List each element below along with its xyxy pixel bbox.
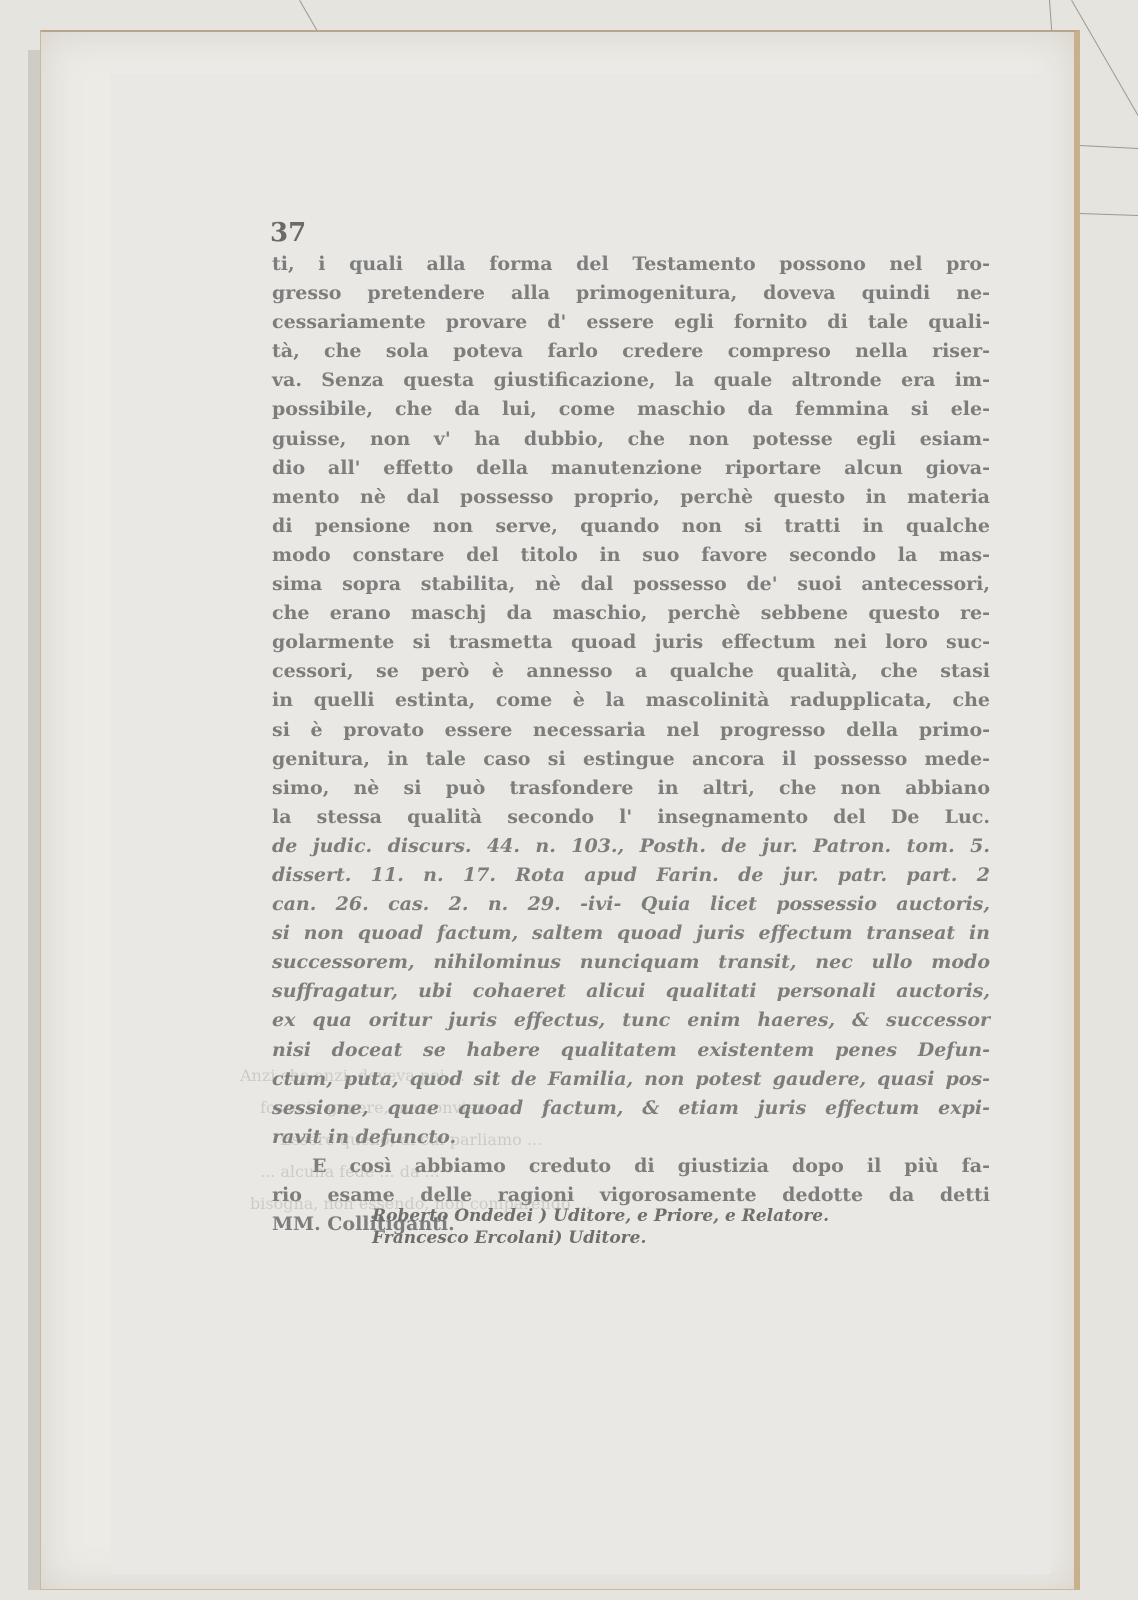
text-line: tà, che sola poteva farlo credere compre… (272, 337, 990, 366)
page-number: 37 (270, 218, 306, 248)
text-line: cessori, se però è annesso a qualche qua… (272, 657, 990, 686)
text-line: ti, i quali alla forma del Testamento po… (272, 250, 990, 279)
text-line: dissert. 11. n. 17. Rota apud Farin. de … (272, 861, 990, 890)
text-line: mento nè dal possesso proprio, perchè qu… (272, 483, 990, 512)
signature-line: Francesco Ercolani) Uditore. (372, 1228, 646, 1248)
text-line: si non quoad factum, saltem quoad juris … (272, 919, 990, 948)
ghost-line: ... alcuna fede ... da ... (240, 1156, 591, 1188)
text-line: simo, nè si può trasfondere in altri, ch… (272, 774, 990, 803)
text-line: possibile, che da lui, come maschio da f… (272, 395, 990, 424)
text-line: si è provato essere necessaria nel progr… (272, 716, 990, 745)
text-line: ex qua oritur juris effectus, tunc enim … (272, 1006, 990, 1035)
text-line: cessariamente provare d' essere egli for… (272, 308, 990, 337)
surface-crack (1071, 0, 1138, 139)
text-line: che erano maschj da maschio, perchè sebb… (272, 599, 990, 628)
text-line: la stessa qualità secondo l' insegnament… (272, 803, 990, 832)
text-line: va. Senza questa giustificazione, la qua… (272, 366, 990, 395)
text-line: suffragatur, ubi cohaeret alicui qualita… (272, 977, 990, 1006)
text-line: in quelli estinta, come è la mascolinità… (272, 686, 990, 715)
ghost-line: Essere quello, di cui parliamo ... (240, 1124, 591, 1156)
text-line: de judic. discurs. 44. n. 103., Posth. d… (272, 832, 990, 861)
text-line: successorem, nihilominus nunciquam trans… (272, 948, 990, 977)
text-line: di pensione non serve, quando non si tra… (272, 512, 990, 541)
text-line: genitura, in tale caso si estingue ancor… (272, 745, 990, 774)
ghost-line: Anzi che anzi, doveva poi ... (240, 1060, 591, 1092)
surface-crack (1080, 145, 1138, 149)
signature-block: Roberto Ondedei ) Uditore, e Priore, e R… (372, 1205, 829, 1249)
text-line: modo constare del titolo in suo favore s… (272, 541, 990, 570)
text-line: can. 26. cas. 2. n. 29. -ivi- Quia licet… (272, 890, 990, 919)
ghost-line: fosse in genere, ma conviene ... (240, 1092, 591, 1124)
text-line: guisse, non v' ha dubbio, che non potess… (272, 425, 990, 454)
signature-line: Roberto Ondedei ) Uditore, e Priore, e R… (372, 1206, 829, 1226)
text-line: gresso pretendere alla primogenitura, do… (272, 279, 990, 308)
show-through-text: Anzi che anzi, doveva poi ... fosse in g… (240, 1060, 591, 1220)
text-line: sima sopra stabilita, nè dal possesso de… (272, 570, 990, 599)
text-line: dio all' effetto della manutenzione ripo… (272, 454, 990, 483)
text-line: golarmente si trasmetta quoad juris effe… (272, 628, 990, 657)
surface-crack (1080, 213, 1138, 216)
